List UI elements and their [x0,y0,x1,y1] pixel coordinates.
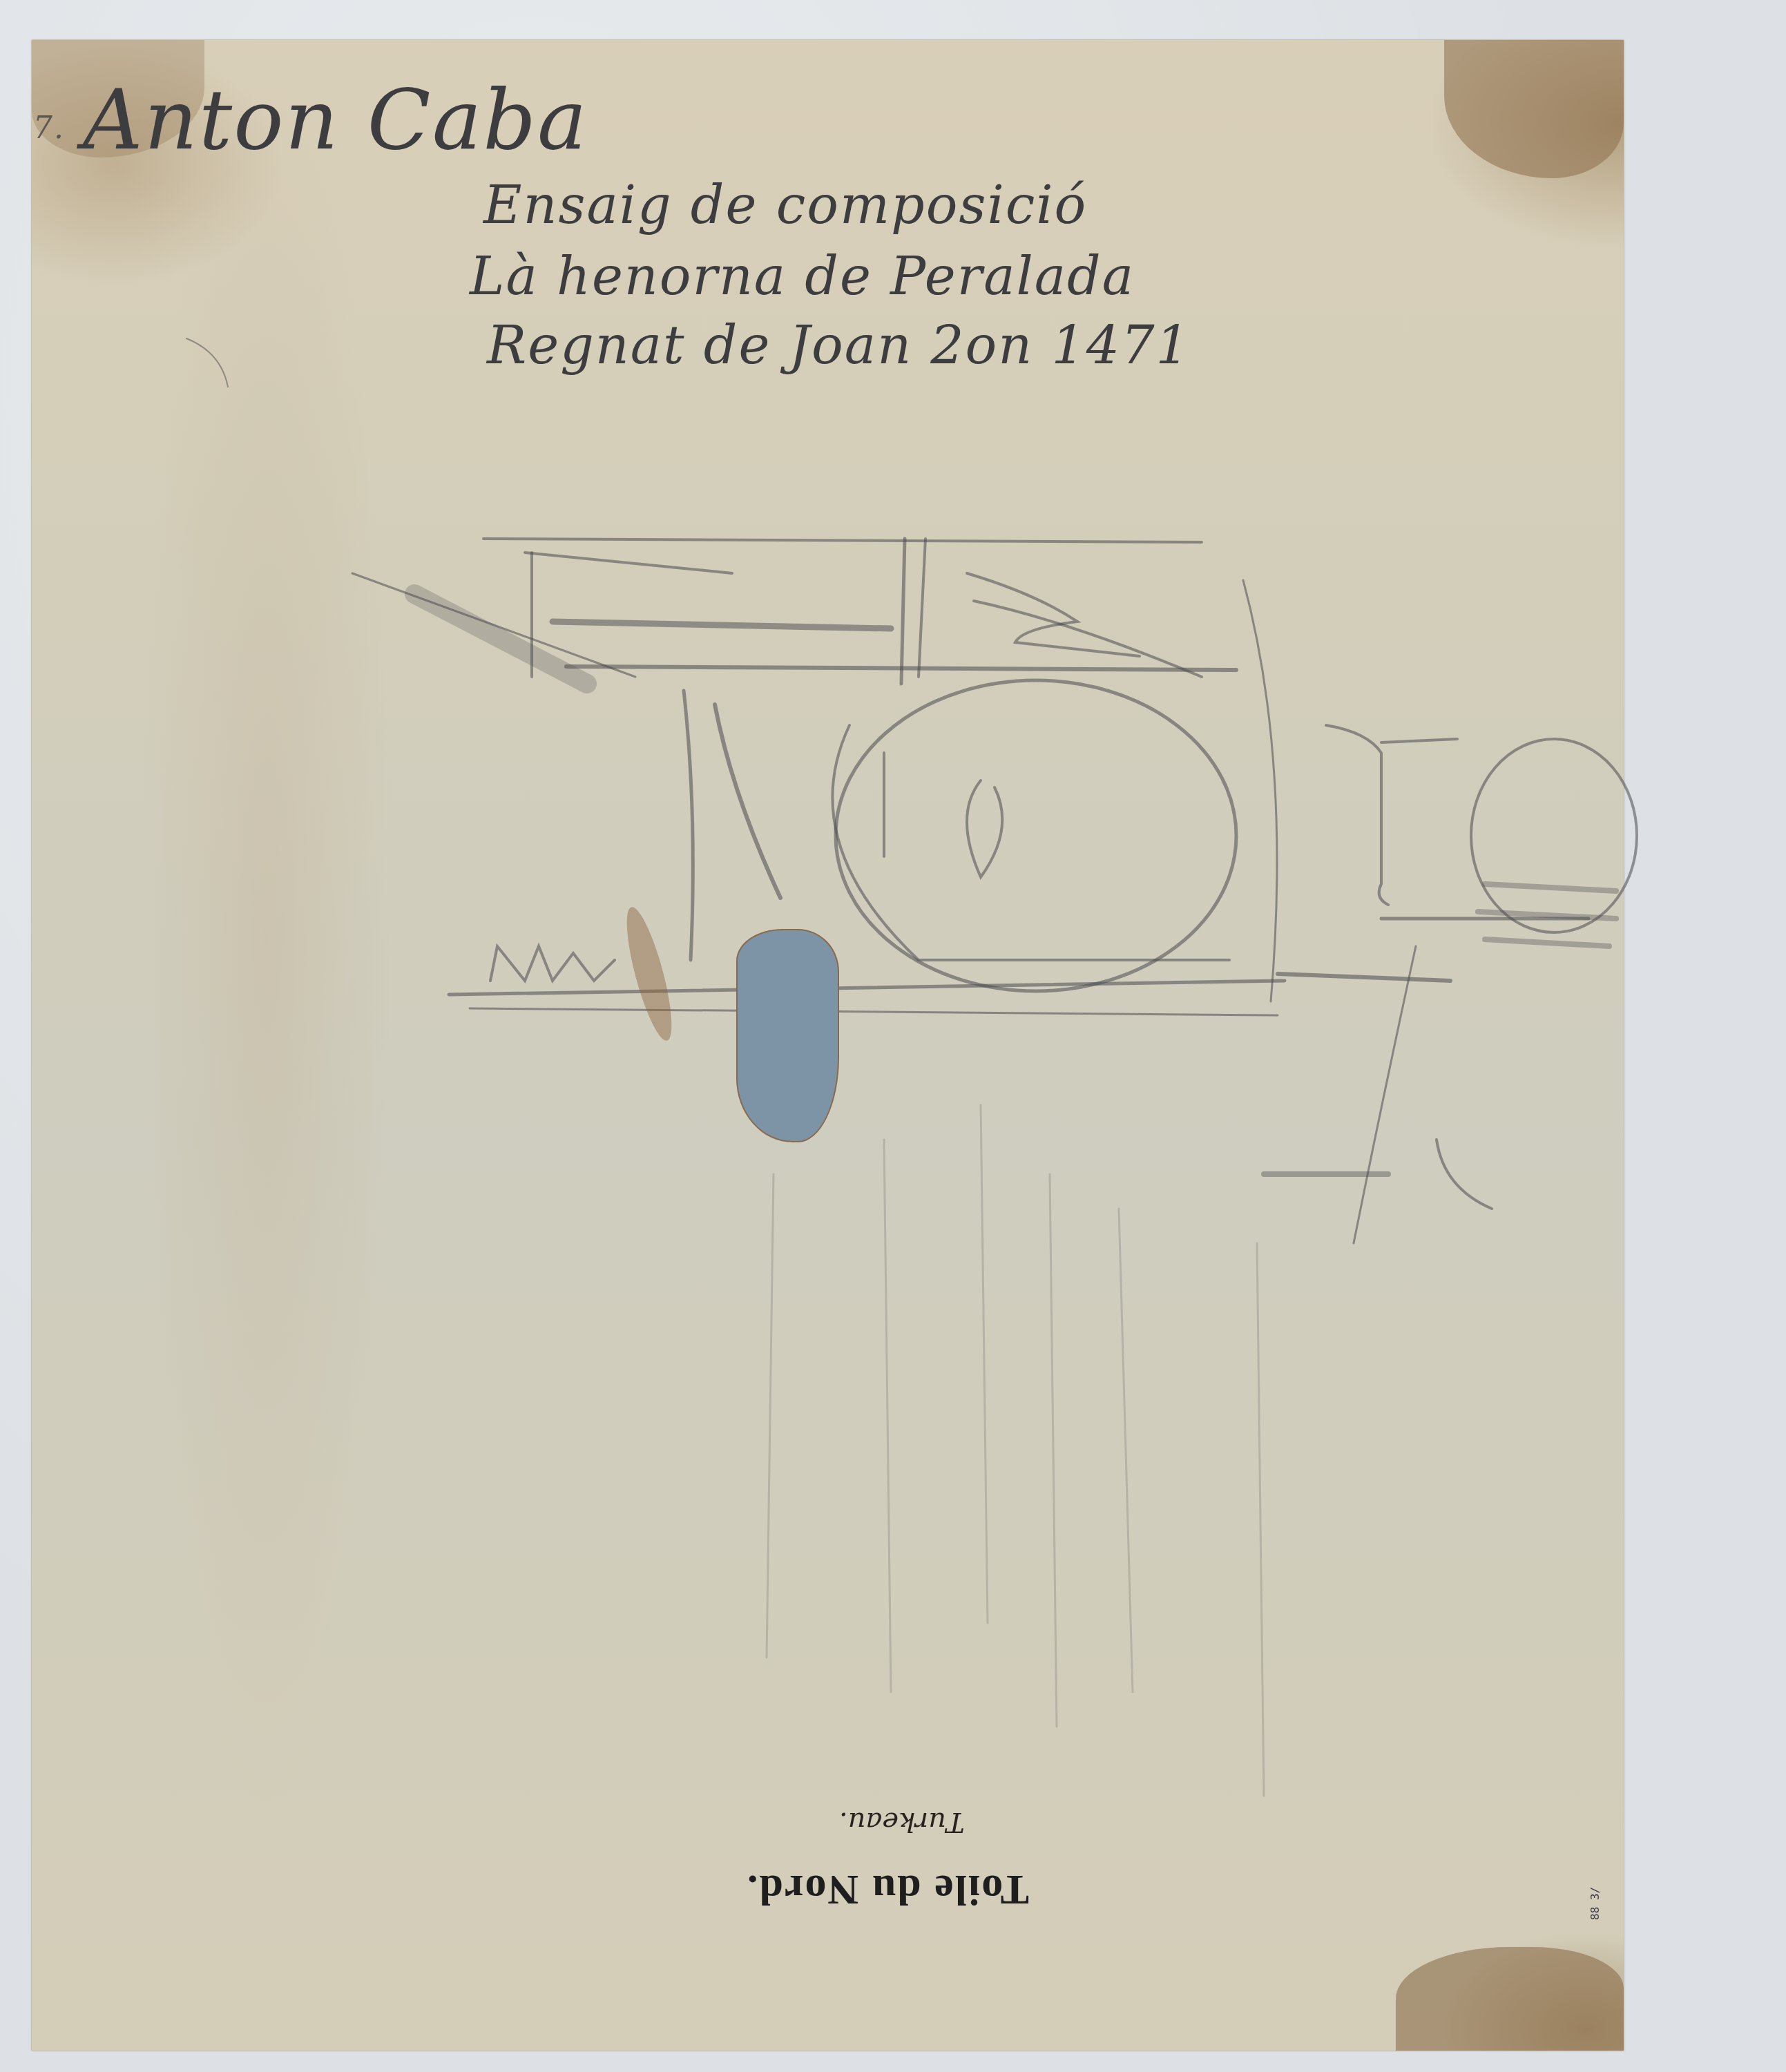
inventory-mark: 88 3/ [1588,1887,1602,1920]
note-line-2: Là henorna de Peralada [470,245,1135,307]
stamp-title: Toile du Nord. [746,1865,1029,1914]
note-line-3: Regnat de Joan 2on 1471 [487,314,1191,376]
pencil-sketch-layer [0,0,1786,2072]
blue-paper-patch [736,929,839,1142]
stamp-signature: Turkeau. [839,1806,965,1838]
note-line-1: Ensaig de composició [483,174,1087,236]
note-marker: 7. [33,111,65,146]
note-author-name: Anton Caba [83,73,588,169]
